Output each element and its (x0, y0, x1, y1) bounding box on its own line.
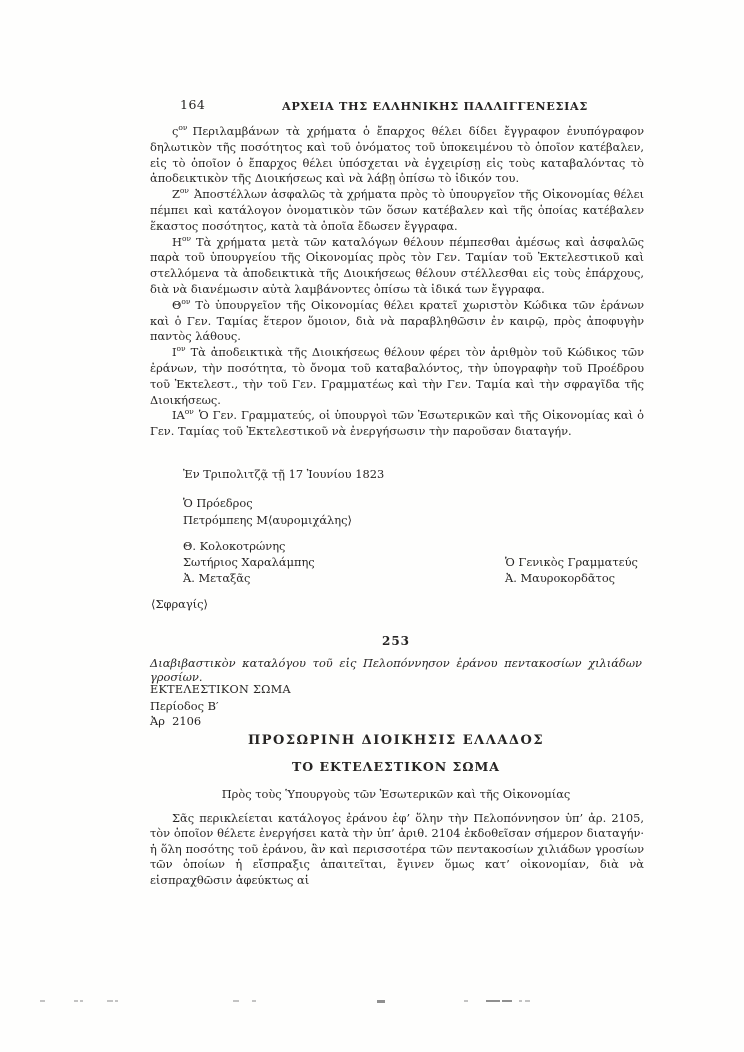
article-6-number: ςον (172, 124, 192, 138)
heading-executive-body: ΤΟ ΕΚΤΕΛΕΣΤΙΚΟΝ ΣΩΜΑ (150, 759, 642, 774)
decree-articles-block: ςονΠεριλαμβάνων τὰ χρήματα ὁ ἔπαρχος θέλ… (150, 124, 644, 440)
signature-president-title: Ὁ Πρόεδρος (183, 496, 253, 510)
article-7: ΖονἈποστέλλων ἀσφαλῶς τὰ χρήματα πρὸς τὸ… (150, 187, 644, 234)
article-8: ΗονΤὰ χρήματα μετὰ τῶν καταλόγων θέλουν … (150, 235, 644, 298)
issuing-body: ΕΚΤΕΛΕΣΤΙΚΟΝ ΣΩΜΑ (150, 683, 291, 696)
article-11-number: ΙΑον (172, 408, 199, 422)
scan-artifact (464, 1000, 468, 1002)
scan-artifact (252, 1000, 256, 1002)
article-9-text: Τὸ ὑπουργεῖον τῆς Οἰκονομίας θέλει κρατε… (150, 298, 644, 344)
article-11-text: Ὁ Γεν. Γραμματεύς, οἱ ὑπουργοὶ τῶν Ἐσωτε… (150, 408, 644, 438)
article-8-number: Ηον (172, 235, 196, 249)
scan-artifact (107, 1000, 113, 1002)
scan-artifact (519, 1000, 522, 1002)
scan-artifact (486, 1000, 500, 1002)
scan-artifact (377, 1000, 385, 1003)
article-7-text: Ἀποστέλλων ἀσφαλῶς τὰ χρήματα πρὸς τὸ ὑπ… (150, 187, 644, 233)
scan-artifact (502, 1000, 512, 1002)
scan-artifact (525, 1000, 530, 1002)
article-9: ΘονΤὸ ὑπουργεῖον τῆς Οἰκονομίας θέλει κρ… (150, 298, 644, 345)
scan-artifact (40, 1000, 45, 1002)
seal-note: ⟨Σφραγίς⟩ (151, 597, 208, 611)
article-7-number: Ζον (172, 187, 194, 201)
signature-secretary-name: Ἀ. Μαυροκορδᾶτος (505, 571, 615, 585)
article-6: ςονΠεριλαμβάνων τὰ χρήματα ὁ ἔπαρχος θέλ… (150, 124, 644, 187)
running-header-title: ΑΡΧΕΙΑ ΤΗΣ ΕΛΛΗΝΙΚΗΣ ΠΑΛΛΙΓΓΕΝΕΣΙΑΣ (180, 99, 690, 113)
signature-member-metaxas: Ἀ. Μεταξᾶς (183, 571, 250, 585)
salutation-line: Πρὸς τοὺς Ὑπουργοὺς τῶν Ἐσωτερικῶν καὶ τ… (150, 787, 642, 801)
scan-artifact (233, 1000, 239, 1002)
article-6-text: Περιλαμβάνων τὰ χρήματα ὁ ἔπαρχος θέλει … (150, 124, 644, 185)
document-summary: Διαβιβαστικὸν καταλόγου τοῦ εἰς Πελοπόνν… (150, 656, 642, 684)
article-10-text: Τὰ ἀποδεικτικὰ τῆς Διοικήσεως θέλουν φέρ… (150, 345, 644, 406)
period-label: Περίοδος Β′ (150, 699, 219, 713)
scan-artifact (80, 1000, 83, 1002)
reference-number: Ἀρ 2106 (150, 714, 201, 728)
article-10: ΙονΤὰ ἀποδεικτικὰ τῆς Διοικήσεως θέλουν … (150, 345, 644, 408)
dateline: Ἐν Τριπολιτζᾷ τῇ 17 Ἰουνίου 1823 (183, 467, 384, 481)
signature-secretary-title: Ὁ Γενικὸς Γραμματεύς (505, 555, 638, 569)
scanned-book-page: 164 ΑΡΧΕΙΑ ΤΗΣ ΕΛΛΗΝΙΚΗΣ ΠΑΛΛΙΓΓΕΝΕΣΙΑΣ … (0, 0, 744, 1052)
document-number: 253 (150, 634, 642, 648)
article-10-number: Ιον (172, 345, 191, 359)
article-9-number: Θον (172, 298, 195, 312)
article-11: ΙΑονὉ Γεν. Γραμματεύς, οἱ ὑπουργοὶ τῶν Ἐ… (150, 408, 644, 440)
signature-member-kolokotronis: Θ. Κολοκοτρώνης (183, 539, 285, 553)
scan-artifact (115, 1000, 118, 1002)
scan-artifact (74, 1000, 78, 1002)
document-body-paragraph: Σᾶς περικλείεται κατάλογος ἐράνου ἐφ’ ὅλ… (150, 811, 644, 888)
signature-president-name: Πετρόμπεης Μ⟨αυρομιχάλης⟩ (183, 513, 352, 527)
heading-provisional-administration: ΠΡΟΣΩΡΙΝΗ ΔΙΟΙΚΗΣΙΣ ΕΛΛΑΔΟΣ (150, 733, 642, 748)
article-8-text: Τὰ χρήματα μετὰ τῶν καταλόγων θέλουν πέμ… (150, 235, 644, 296)
signature-member-charalampis: Σωτήριος Χαραλάμπης (183, 555, 315, 569)
